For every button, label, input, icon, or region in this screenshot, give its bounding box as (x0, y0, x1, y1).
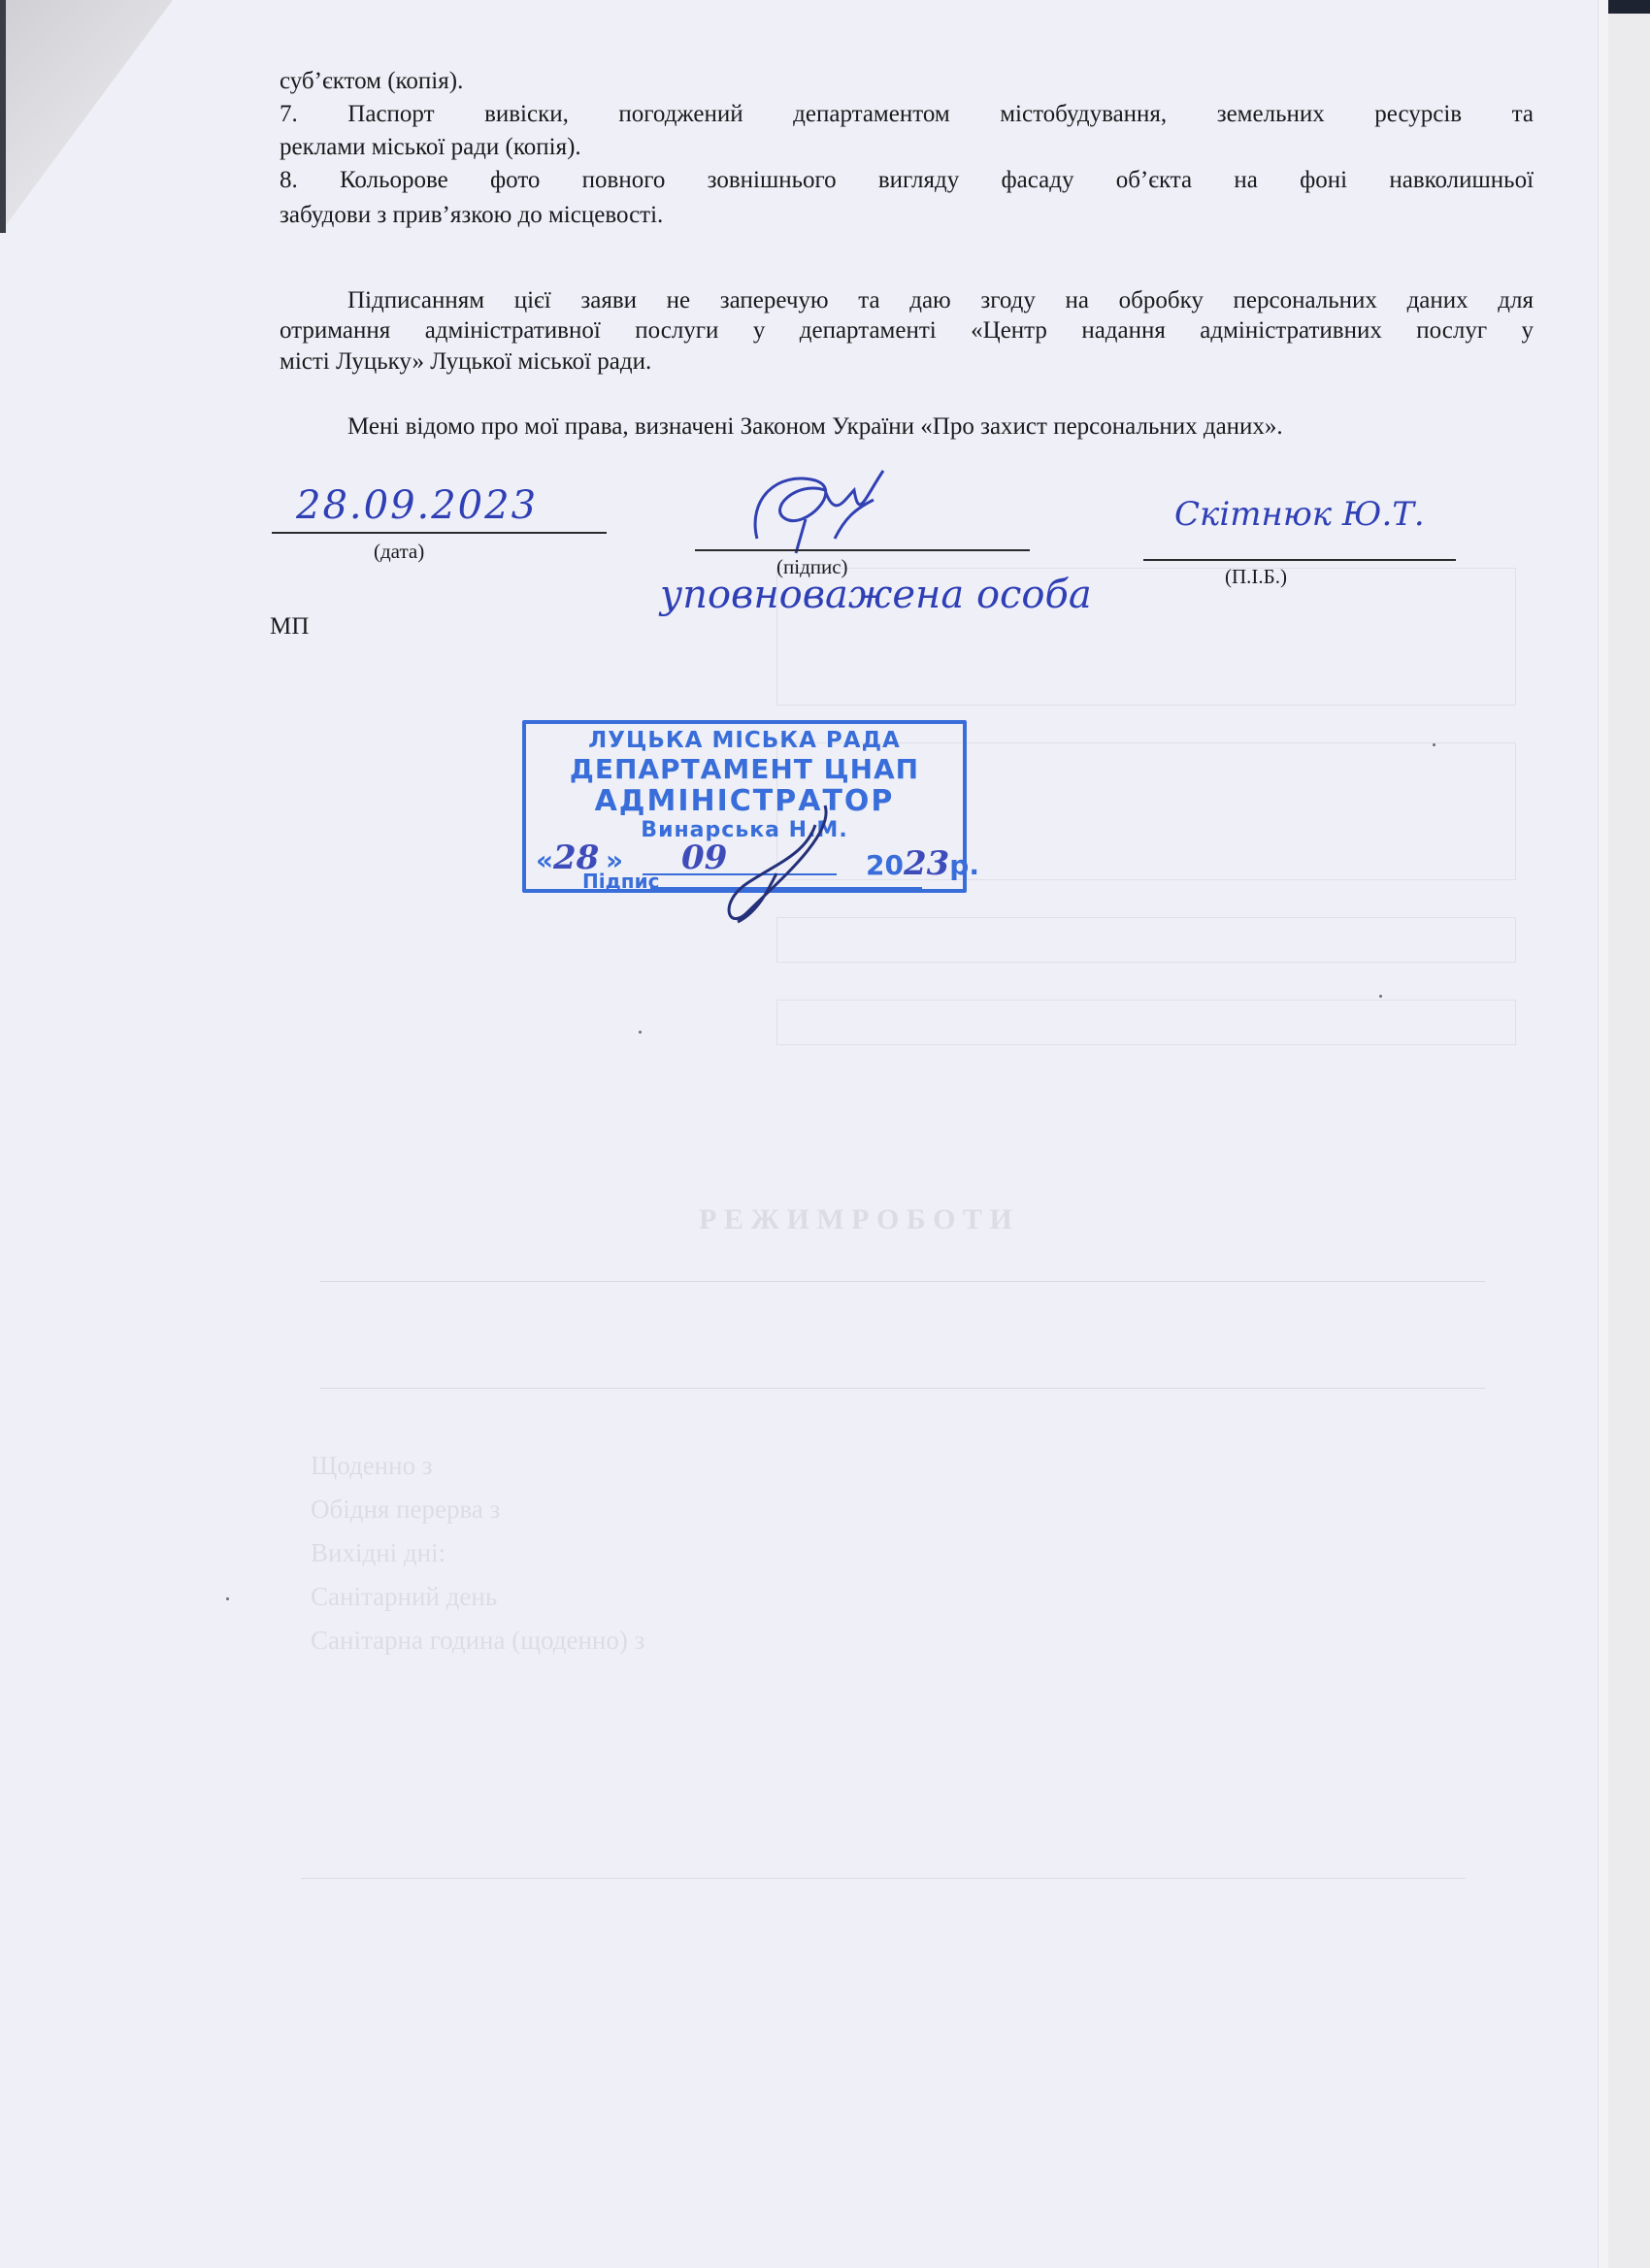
stamp-year-unit: р. (949, 849, 979, 881)
handwritten-date: 28.09.2023 (296, 483, 538, 528)
name-caption: (П.І.Б.) (1225, 565, 1287, 589)
date-line (272, 532, 607, 534)
reverse-line: Санітарна година (щоденно) з (311, 1626, 644, 1656)
reverse-line: Обідня перерва з (311, 1495, 500, 1525)
list-item-8-cont: забудови з прив’язкою до місцевості. (280, 202, 1534, 229)
scan-speck (1379, 995, 1382, 998)
reverse-line: Вихідні дні: (311, 1538, 445, 1568)
folded-corner-shadow (0, 0, 6, 233)
signature-line (695, 549, 1030, 551)
consent-line-1: Підписанням цієї заяви не заперечую та д… (280, 287, 1534, 314)
handwritten-name: Скітнюк Ю.Т. (1174, 495, 1425, 534)
reverse-table (776, 917, 1516, 963)
list-item-8: 8. Кольорове фото повного зовнішнього ви… (280, 167, 1534, 194)
page-edge (1598, 0, 1608, 2268)
continuation-text: суб’єктом (копія). (280, 68, 1534, 95)
list-item-7: 7. Паспорт вивіски, погоджений департаме… (280, 101, 1534, 128)
scan-speck (639, 1031, 642, 1034)
stamp-line-1: ЛУЦЬКА МІСЬКА РАДА (526, 728, 963, 753)
scan-speck (226, 1597, 229, 1600)
handwritten-signature (738, 461, 903, 558)
reverse-rule (320, 1281, 1485, 1282)
stamp-quote-open: « (536, 844, 553, 876)
handwritten-note: уповноважена особа (660, 573, 1092, 617)
reverse-heading: Р Е Ж И М Р О Б О Т И (699, 1203, 1012, 1236)
consent-line-2: отримання адміністративної послуги у деп… (280, 317, 1534, 345)
reverse-rule (320, 1388, 1485, 1389)
list-item-number: 7. (280, 101, 298, 127)
stamp-signature-label: Підпис (582, 870, 659, 893)
reverse-table (776, 1000, 1516, 1045)
stamp-year-suffix: 23 (904, 844, 949, 883)
name-line (1143, 559, 1456, 561)
scanner-right-strip (1607, 0, 1650, 2268)
list-item-number: 8. (280, 167, 298, 193)
date-caption: (дата) (374, 540, 424, 564)
stamp-year: 2023р. (866, 844, 979, 883)
scan-speck (1433, 743, 1435, 746)
consent-line-3: місті Луцьку» Луцької міської ради. (280, 348, 1534, 376)
consent-line-2-wrap: отримання адміністративної послуги у деп… (280, 317, 1534, 345)
list-item-text: Паспорт вивіски, погоджений департаменто… (347, 101, 1534, 127)
reverse-line: Щоденно з (311, 1451, 433, 1481)
stamp-signature (718, 796, 844, 932)
list-item-text: Кольорове фото повного зовнішнього вигля… (340, 167, 1534, 193)
list-item-7-cont: реклами міської ради (копія). (280, 134, 1534, 161)
reverse-rule (301, 1878, 1466, 1879)
consent-paragraph: Підписанням цієї заяви не заперечую та д… (280, 287, 1534, 314)
reverse-line: Санітарний день (311, 1582, 497, 1612)
stamp-year-prefix: 20 (866, 849, 904, 881)
stamp-line-2: ДЕПАРТАМЕНТ ЦНАП (526, 753, 963, 785)
seal-label: МП (270, 611, 309, 641)
rights-notice: Мені відомо про мої права, визначені Зак… (347, 413, 1601, 441)
